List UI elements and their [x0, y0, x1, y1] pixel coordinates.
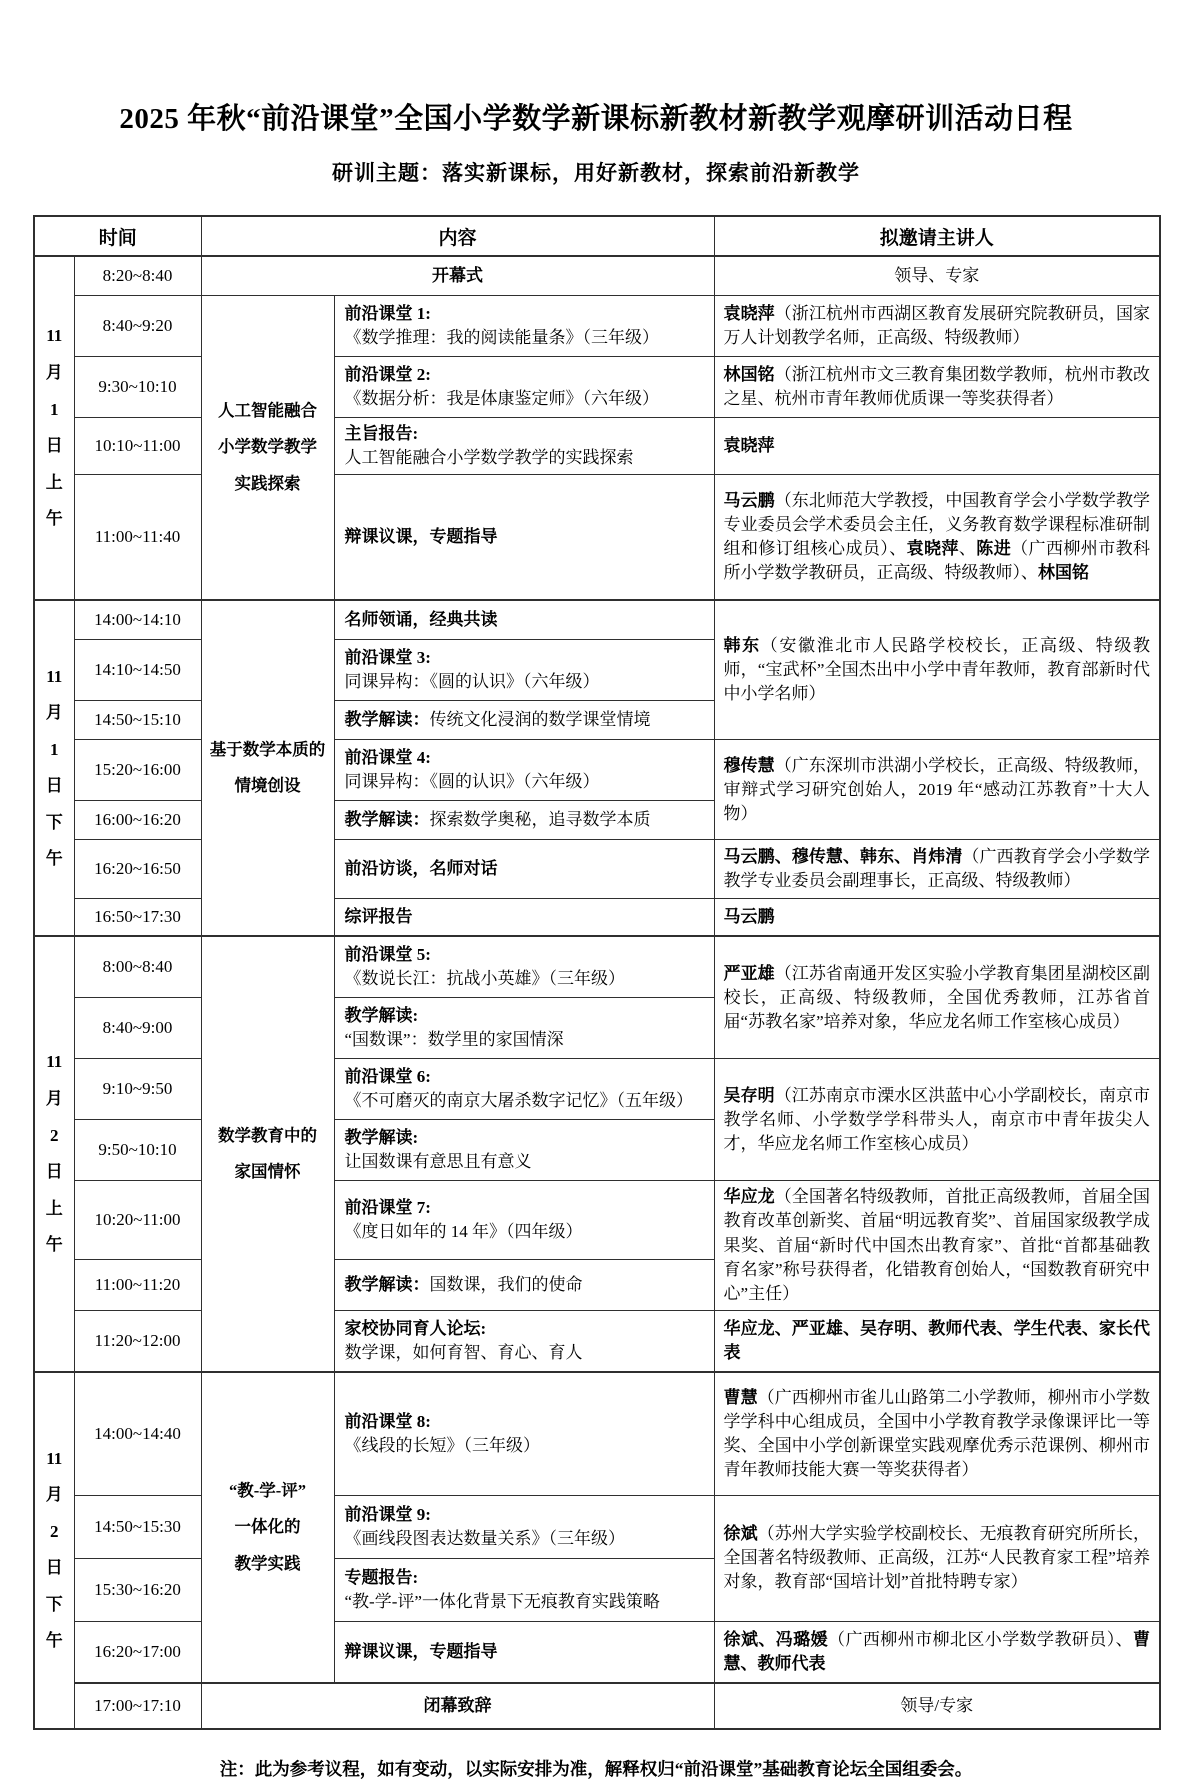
text-line: 教学解读：探索数学奥秘，追寻数学本质 [345, 808, 704, 832]
group-line: 数学教育中的 [204, 1118, 332, 1154]
speaker-cell: 吴存明（江苏南京市溧水区洪蓝中心小学副校长，南京市教学名师、小学数学学科带头人，… [714, 1059, 1160, 1181]
speaker-cell: 领导、专家 [714, 256, 1160, 296]
text-line: 教学解读: [345, 1004, 704, 1028]
date-char: 上 [35, 1191, 74, 1228]
content-cell: 主旨报告:人工智能融合小学数学教学的实践探索 [334, 418, 714, 475]
table-row: 11月2日上午8:00~8:40数学教育中的家国情怀前沿课堂 5:《数说长江：抗… [34, 936, 1160, 998]
group-line: 家国情怀 [204, 1154, 332, 1190]
schedule-page: 2025 年秋“前沿课堂”全国小学数学新课标新教材新教学观摩研训活动日程 研训主… [0, 0, 1191, 1781]
text-line: 前沿课堂 7: [345, 1196, 704, 1220]
text-line: 前沿课堂 4: [345, 746, 704, 770]
text-line: 前沿课堂 6: [345, 1065, 704, 1089]
text-line: 同课异构：《圆的认识》（六年级） [345, 770, 704, 794]
time-cell: 15:30~16:20 [74, 1558, 201, 1621]
table-row: 11月2日下午14:00~14:40“教-学-评”一体化的教学实践前沿课堂 8:… [34, 1372, 1160, 1496]
text-line: 前沿课堂 1: [345, 302, 704, 326]
date-char: 午 [35, 1227, 74, 1264]
group-line: 一体化的 [204, 1509, 332, 1545]
text-line: “国数课”：数学里的家国情深 [345, 1028, 704, 1052]
time-cell: 9:10~9:50 [74, 1059, 201, 1120]
text-line: 前沿课堂 5: [345, 943, 704, 967]
content-cell: 前沿课堂 8:《线段的长短》（三年级） [334, 1372, 714, 1496]
content-cell: 教学解读:“国数课”：数学里的家国情深 [334, 998, 714, 1059]
time-cell: 16:00~16:20 [74, 801, 201, 840]
date-char: 下 [35, 805, 74, 842]
date-char: 1 [35, 732, 74, 769]
content-cell: 前沿课堂 5:《数说长江：抗战小英雄》（三年级） [334, 936, 714, 998]
speaker-cell: 严亚雄（江苏省南通开发区实验小学教育集团星湖校区副校长，正高级、特级教师，全国优… [714, 936, 1160, 1059]
time-cell: 14:10~14:50 [74, 640, 201, 701]
date-char: 日 [35, 1154, 74, 1191]
page-title: 2025 年秋“前沿课堂”全国小学数学新课标新教材新教学观摩研训活动日程 [33, 96, 1159, 137]
content-cell: 前沿课堂 2:《数据分析：我是体康鉴定师》（六年级） [334, 357, 714, 418]
date-cell: 11月2日下午 [34, 1372, 74, 1729]
text-line: 名师领诵，经典共读 [345, 608, 704, 632]
text-line: 吴存明（江苏南京市溧水区洪蓝中心小学副校长，南京市教学名师、小学数学学科带头人，… [724, 1084, 1151, 1156]
date-char: 下 [35, 1587, 74, 1624]
text-line: 同课异构：《圆的认识》（六年级） [345, 670, 704, 694]
footnote: 注：此为参考议程，如有变动，以实际安排为准，解释权归“前沿课堂”基础教育论坛全国… [33, 1756, 1159, 1781]
speaker-cell: 马云鹏、穆传慧、韩东、肖炜清（广西教育学会小学数学教学专业委员会副理事长，正高级… [714, 840, 1160, 899]
speaker-cell: 徐斌、冯璐媛（广西柳州市柳北区小学数学教研员）、曹慧、教师代表 [714, 1621, 1160, 1683]
text-line: 综评报告 [345, 905, 704, 929]
text-line: 主旨报告: [345, 422, 704, 446]
content-cell: 开幕式 [201, 256, 714, 296]
time-cell: 11:20~12:00 [74, 1310, 201, 1372]
date-char: 午 [35, 501, 74, 538]
time-cell: 10:10~11:00 [74, 418, 201, 475]
text-line: 开幕式 [212, 264, 704, 288]
text-line: 林国铭（浙江杭州市文三教育集团数学教师，杭州市教改之星、杭州市青年教师优质课一等… [724, 363, 1151, 411]
text-line: 教学解读：国数课，我们的使命 [345, 1273, 704, 1297]
text-line: 辩课议课，专题指导 [345, 525, 704, 549]
text-line: 让国数课有意思且有意义 [345, 1150, 704, 1174]
group-line: 小学数学教学 [204, 429, 332, 465]
date-cell: 11月1日下午 [34, 600, 74, 936]
content-cell: 名师领诵，经典共读 [334, 600, 714, 640]
content-cell: 辩课议课，专题指导 [334, 1621, 714, 1683]
text-line: 马云鹏 [724, 905, 1151, 929]
table-row: 11月1日上午8:20~8:40开幕式领导、专家 [34, 256, 1160, 296]
time-cell: 8:40~9:20 [74, 296, 201, 357]
time-cell: 14:50~15:30 [74, 1495, 201, 1558]
date-char: 上 [35, 465, 74, 502]
text-line: 袁晓萍 [724, 434, 1151, 458]
date-char: 日 [35, 768, 74, 805]
col-header-time: 时间 [34, 216, 201, 256]
text-line: 数学课，如何育智、育心、育人 [345, 1341, 704, 1365]
content-cell: 综评报告 [334, 899, 714, 937]
content-cell: 教学解读：传统文化浸润的数学课堂情境 [334, 701, 714, 740]
time-cell: 11:00~11:20 [74, 1260, 201, 1311]
content-cell: 闭幕致辞 [201, 1683, 714, 1729]
text-line: 前沿访谈，名师对话 [345, 857, 704, 881]
text-line: 韩东（安徽淮北市人民路学校校长，正高级、特级教师，“宝武杯”全国杰出中小学中青年… [724, 634, 1151, 706]
text-line: 徐斌（苏州大学实验学校副校长、无痕教育研究所所长，全国著名特级教师、正高级，江苏… [724, 1522, 1151, 1594]
time-cell: 9:50~10:10 [74, 1120, 201, 1181]
date-char: 午 [35, 1623, 74, 1660]
speaker-cell: 领导/专家 [714, 1683, 1160, 1729]
text-line: 人工智能融合小学数学教学的实践探索 [345, 446, 704, 470]
text-line: 《画线段图表达数量关系》（三年级） [345, 1527, 704, 1551]
text-line: 《线段的长短》（三年级） [345, 1434, 704, 1458]
speaker-cell: 曹慧（广西柳州市雀儿山路第二小学教师，柳州市小学数学学科中心组成员，全国中小学教… [714, 1372, 1160, 1496]
content-cell: 教学解读：国数课，我们的使命 [334, 1260, 714, 1311]
page-subtitle: 研训主题：落实新课标，用好新教材，探索前沿新教学 [33, 157, 1159, 187]
text-line: 《不可磨灭的南京大屠杀数字记忆》（五年级） [345, 1089, 704, 1113]
text-line: 徐斌、冯璐媛（广西柳州市柳北区小学数学教研员）、曹慧、教师代表 [724, 1628, 1151, 1676]
table-row: 11月1日下午14:00~14:10基于数学本质的情境创设名师领诵，经典共读韩东… [34, 600, 1160, 640]
content-cell: 教学解读:让国数课有意思且有意义 [334, 1120, 714, 1181]
table-row: 8:40~9:20人工智能融合小学数学教学实践探索前沿课堂 1:《数学推理：我的… [34, 296, 1160, 357]
content-cell: 辩课议课，专题指导 [334, 475, 714, 601]
group-line: “教-学-评” [204, 1473, 332, 1509]
date-char: 11 [35, 318, 74, 355]
text-line: 领导、专家 [724, 264, 1151, 288]
text-line: 穆传慧（广东深圳市洪湖小学校长，正高级、特级教师，审辩式学习研究创始人，2019… [724, 754, 1151, 826]
text-line: 闭幕致辞 [212, 1694, 704, 1718]
content-cell: 前沿课堂 7:《度日如年的 14 年》（四年级） [334, 1181, 714, 1260]
date-char: 午 [35, 841, 74, 878]
date-cell: 11月1日上午 [34, 256, 74, 600]
group-theme-cell: 人工智能融合小学数学教学实践探索 [201, 296, 334, 601]
text-line: 华应龙（全国著名特级教师，首批正高级教师，首届全国教育改革创新奖、首届“明远教育… [724, 1185, 1151, 1306]
time-cell: 9:30~10:10 [74, 357, 201, 418]
date-char: 月 [35, 695, 74, 732]
speaker-cell: 袁晓萍 [714, 418, 1160, 475]
time-cell: 8:00~8:40 [74, 936, 201, 998]
time-cell: 17:00~17:10 [74, 1683, 201, 1729]
date-char: 月 [35, 1477, 74, 1514]
group-line: 情境创设 [204, 768, 332, 804]
text-line: “教-学-评”一体化背景下无痕教育实践策略 [345, 1590, 704, 1614]
date-char: 11 [35, 1441, 74, 1478]
text-line: 专题报告: [345, 1566, 704, 1590]
group-line: 教学实践 [204, 1546, 332, 1582]
schedule-table: 时间 内容 拟邀请主讲人 11月1日上午8:20~8:40开幕式领导、专家8:4… [33, 215, 1161, 1730]
speaker-cell: 马云鹏 [714, 899, 1160, 937]
content-cell: 前沿课堂 1:《数学推理：我的阅读能量条》（三年级） [334, 296, 714, 357]
date-char: 日 [35, 428, 74, 465]
text-line: 《数据分析：我是体康鉴定师》（六年级） [345, 387, 704, 411]
speaker-cell: 林国铭（浙江杭州市文三教育集团数学教师，杭州市教改之星、杭州市青年教师优质课一等… [714, 357, 1160, 418]
text-line: 家校协同育人论坛: [345, 1317, 704, 1341]
group-theme-cell: 数学教育中的家国情怀 [201, 936, 334, 1372]
text-line: 前沿课堂 9: [345, 1503, 704, 1527]
time-cell: 14:50~15:10 [74, 701, 201, 740]
text-line: 教学解读: [345, 1126, 704, 1150]
time-cell: 8:40~9:00 [74, 998, 201, 1059]
date-char: 日 [35, 1550, 74, 1587]
text-line: 领导/专家 [724, 1694, 1151, 1718]
date-char: 月 [35, 355, 74, 392]
content-cell: 教学解读：探索数学奥秘，追寻数学本质 [334, 801, 714, 840]
time-cell: 10:20~11:00 [74, 1181, 201, 1260]
col-header-content: 内容 [201, 216, 714, 256]
text-line: 《数学推理：我的阅读能量条》（三年级） [345, 326, 704, 350]
text-line: 曹慧（广西柳州市雀儿山路第二小学教师，柳州市小学数学学科中心组成员，全国中小学教… [724, 1386, 1151, 1483]
content-cell: 前沿访谈，名师对话 [334, 840, 714, 899]
date-char: 2 [35, 1118, 74, 1155]
time-cell: 11:00~11:40 [74, 475, 201, 601]
group-theme-cell: 基于数学本质的情境创设 [201, 600, 334, 936]
text-line: 《度日如年的 14 年》（四年级） [345, 1220, 704, 1244]
time-cell: 14:00~14:10 [74, 600, 201, 640]
date-char: 11 [35, 659, 74, 696]
time-cell: 16:20~17:00 [74, 1621, 201, 1683]
text-line: 前沿课堂 2: [345, 363, 704, 387]
text-line: 教学解读：传统文化浸润的数学课堂情境 [345, 708, 704, 732]
text-line: 辩课议课，专题指导 [345, 1640, 704, 1664]
text-line: 前沿课堂 3: [345, 646, 704, 670]
speaker-cell: 袁晓萍（浙江杭州市西湖区教育发展研究院教研员，国家万人计划教学名师，正高级、特级… [714, 296, 1160, 357]
date-char: 11 [35, 1044, 74, 1081]
content-cell: 前沿课堂 3:同课异构：《圆的认识》（六年级） [334, 640, 714, 701]
text-line: 华应龙、严亚雄、吴存明、教师代表、学生代表、家长代表 [724, 1317, 1151, 1365]
date-cell: 11月2日上午 [34, 936, 74, 1372]
group-line: 基于数学本质的 [204, 732, 332, 768]
content-cell: 家校协同育人论坛:数学课，如何育智、育心、育人 [334, 1310, 714, 1372]
text-line: 前沿课堂 8: [345, 1410, 704, 1434]
speaker-cell: 华应龙（全国著名特级教师，首批正高级教师，首届全国教育改革创新奖、首届“明远教育… [714, 1181, 1160, 1311]
speaker-cell: 穆传慧（广东深圳市洪湖小学校长，正高级、特级教师，审辩式学习研究创始人，2019… [714, 740, 1160, 840]
speaker-cell: 韩东（安徽淮北市人民路学校校长，正高级、特级教师，“宝武杯”全国杰出中小学中青年… [714, 600, 1160, 740]
table-row: 17:00~17:10闭幕致辞领导/专家 [34, 1683, 1160, 1729]
content-cell: 前沿课堂 9:《画线段图表达数量关系》（三年级） [334, 1495, 714, 1558]
group-theme-cell: “教-学-评”一体化的教学实践 [201, 1372, 334, 1683]
speaker-cell: 马云鹏（东北师范大学教授，中国教育学会小学数学教学专业委员会学术委员会主任，义务… [714, 475, 1160, 601]
text-line: 马云鹏、穆传慧、韩东、肖炜清（广西教育学会小学数学教学专业委员会副理事长，正高级… [724, 845, 1151, 893]
content-cell: 前沿课堂 4:同课异构：《圆的认识》（六年级） [334, 740, 714, 801]
text-line: 《数说长江：抗战小英雄》（三年级） [345, 967, 704, 991]
date-char: 月 [35, 1081, 74, 1118]
date-char: 2 [35, 1514, 74, 1551]
text-line: 严亚雄（江苏省南通开发区实验小学教育集团星湖校区副校长，正高级、特级教师，全国优… [724, 962, 1151, 1034]
col-header-speaker: 拟邀请主讲人 [714, 216, 1160, 256]
content-cell: 专题报告:“教-学-评”一体化背景下无痕教育实践策略 [334, 1558, 714, 1621]
group-line: 人工智能融合 [204, 393, 332, 429]
speaker-cell: 华应龙、严亚雄、吴存明、教师代表、学生代表、家长代表 [714, 1310, 1160, 1372]
time-cell: 15:20~16:00 [74, 740, 201, 801]
text-line: 袁晓萍（浙江杭州市西湖区教育发展研究院教研员，国家万人计划教学名师，正高级、特级… [724, 302, 1151, 350]
time-cell: 14:00~14:40 [74, 1372, 201, 1496]
header-row: 时间 内容 拟邀请主讲人 [34, 216, 1160, 256]
text-line: 马云鹏（东北师范大学教授，中国教育学会小学数学教学专业委员会学术委员会主任，义务… [724, 489, 1151, 586]
time-cell: 16:50~17:30 [74, 899, 201, 937]
time-cell: 16:20~16:50 [74, 840, 201, 899]
time-cell: 8:20~8:40 [74, 256, 201, 296]
group-line: 实践探索 [204, 466, 332, 502]
content-cell: 前沿课堂 6:《不可磨灭的南京大屠杀数字记忆》（五年级） [334, 1059, 714, 1120]
date-char: 1 [35, 392, 74, 429]
speaker-cell: 徐斌（苏州大学实验学校副校长、无痕教育研究所所长，全国著名特级教师、正高级，江苏… [714, 1495, 1160, 1621]
